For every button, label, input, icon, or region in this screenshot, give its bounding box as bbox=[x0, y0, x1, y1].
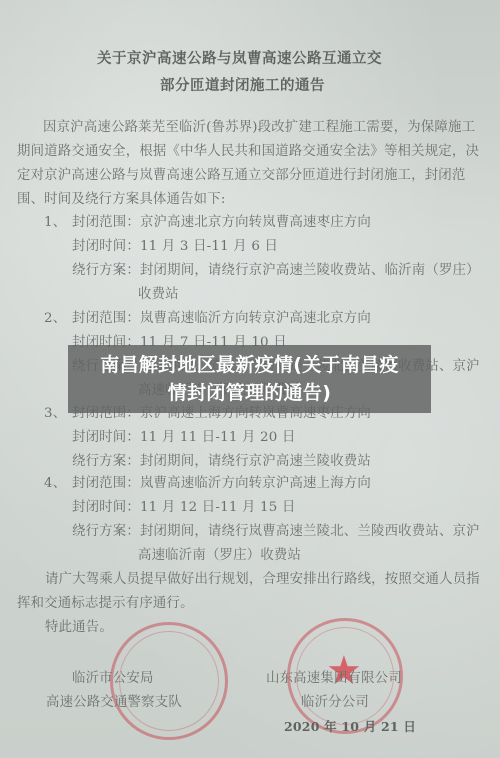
intro-line-1: 因京沪高速公路莱芜至临沂(鲁苏界)段改扩建工程施工需要，为保障施工 bbox=[43, 116, 475, 135]
item-1-time: 封闭时间：11 月 3 日-11 月 6 日 bbox=[72, 235, 278, 254]
item-4-time: 封闭时间：11 月 12 日-11 月 15 日 bbox=[72, 496, 296, 515]
signatory-right-line2: 临沂分公司 bbox=[301, 691, 369, 710]
item-3-detour: 绕行方案：封闭期间，请绕行京沪高速兰陵收费站 bbox=[72, 450, 371, 469]
intro-line-4: 围、时间及绕行方案具体通告如下: bbox=[17, 188, 226, 207]
item-1-detour-cont: 收费站 bbox=[138, 283, 179, 302]
special-notice: 特此通告。 bbox=[45, 616, 113, 635]
item-1-number: 1、 bbox=[44, 211, 66, 230]
signatory-left-line2: 高速公路交通警察支队 bbox=[46, 691, 182, 710]
item-3-number: 3、 bbox=[44, 402, 66, 421]
item-4-detour-cont: 高速临沂南（罗庄）收费站 bbox=[138, 544, 301, 563]
item-1-detour: 绕行方案：封闭期间，请绕行京沪高速兰陵收费站、临沂南（罗庄） bbox=[72, 259, 480, 278]
headline-caption-overlay: 南昌解封地区最新疫情(关于南昌疫 情封闭管理的通告) bbox=[68, 345, 431, 413]
item-2-number: 2、 bbox=[44, 307, 66, 326]
closing-line-1: 请广大驾乘人员提早做好出行规划，合理安排出行路线，按照交通人员指 bbox=[45, 568, 480, 587]
signatory-right-line1: 山东高速集团有限公司 bbox=[266, 667, 402, 686]
document-date: 2020 年 10 月 21 日 bbox=[284, 717, 416, 735]
item-4-number: 4、 bbox=[44, 472, 66, 491]
intro-line-3: 定对京沪高速公路与岚曹高速公路互通立交部分匝道进行封闭施工，封闭范 bbox=[17, 164, 466, 183]
item-4-range: 封闭范围：岚曹高速临沂方向转京沪高速上海方向 bbox=[72, 472, 371, 491]
intro-line-2: 期间道路交通安全，根据《中华人民共和国道路交通安全法》等相关规定，决 bbox=[17, 140, 479, 159]
item-2-range: 封闭范围：岚曹高速临沂方向转京沪高速北京方向 bbox=[72, 307, 371, 326]
item-3-time: 封闭时间：11 月 11 日-11 月 20 日 bbox=[72, 426, 296, 445]
item-1-range: 封闭范围：京沪高速北京方向转岚曹高速枣庄方向 bbox=[72, 211, 371, 230]
document-title-line1: 关于京沪高速公路与岚曹高速公路互通立交 bbox=[97, 47, 382, 68]
item-4-detour: 绕行方案：封闭期间，请绕行岚曹高速兰陵北、兰陵西收费站、京沪 bbox=[72, 520, 480, 539]
signatory-left-line1: 临沂市公安局 bbox=[72, 667, 154, 686]
document-title-line2: 部分匝道封闭施工的通告 bbox=[160, 74, 325, 95]
headline-line1: 南昌解封地区最新疫情(关于南昌疫 bbox=[100, 351, 398, 379]
closing-line-2: 挥和交通标志提示有序通行。 bbox=[17, 592, 194, 611]
headline-line2: 情封闭管理的通告) bbox=[168, 379, 331, 407]
